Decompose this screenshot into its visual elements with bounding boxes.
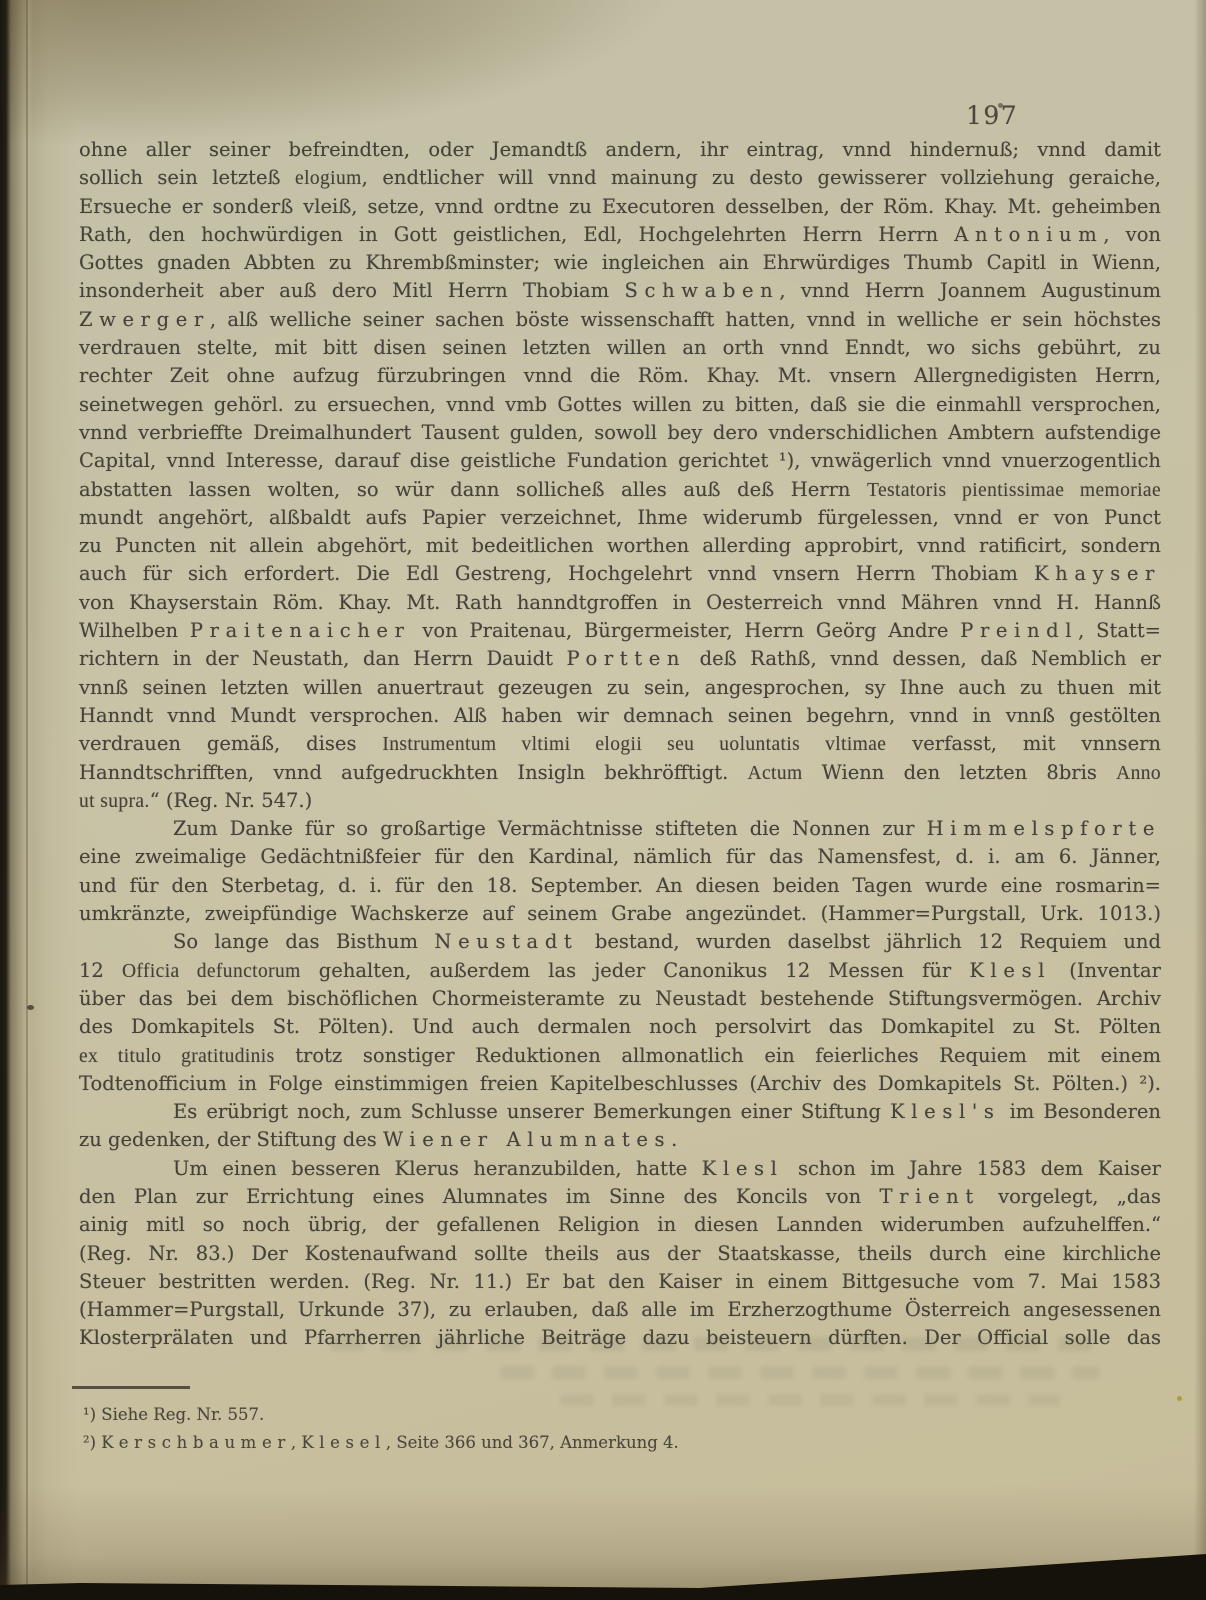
text-segment: Klesl's (890, 1100, 1000, 1123)
text-segment: Klosterprälaten und Pfarrherren jährlich… (79, 1326, 1161, 1349)
scan-right-edge-shadow (1194, 0, 1206, 1600)
text-segment: trotz sonstiger Reduktionen allmonatlich… (275, 1044, 1161, 1067)
text-segment: Testatoris pientissimae memoriae (867, 480, 1161, 501)
text-line: mundt angehört, alßbaldt aufs Papier ver… (79, 504, 1161, 532)
text-line: zu Puncten nit allein abgehört, mit bede… (79, 532, 1161, 560)
text-segment: Gottes gnaden Abbten zu Khrembßminster; … (79, 251, 1161, 274)
footnote: ¹) Siehe Reg. Nr. 557. (83, 1401, 983, 1429)
text-line: sollich sein letzteß elogium, endtlicher… (79, 164, 1161, 192)
text-line: 12 Officia defunctorum gehalten, außerde… (79, 957, 1161, 985)
text-segment: . (671, 1128, 677, 1151)
text-segment: insonderheit aber auß dero Mitl Herrn Th… (79, 279, 625, 302)
text-segment: Hanndtschrifften, vnnd aufgedruckhten In… (79, 761, 748, 784)
text-line: Hanndt vnnd Mundt versprochen. Alß haben… (79, 702, 1161, 730)
text-segment: Zwerger (79, 308, 210, 331)
text-segment: verfasst, mit vnnsern (886, 732, 1161, 755)
text-line: richtern in der Neustath, dan Herrn Daui… (79, 645, 1161, 673)
text-segment: Portten (566, 647, 686, 670)
text-segment: Praitenaicher (190, 619, 411, 642)
text-line: Zwerger, alß welliche seiner sachen böst… (79, 306, 1161, 334)
text-segment: “ (Reg. Nr. 547.) (150, 789, 313, 812)
text-segment: zu Puncten nit allein abgehört, mit bede… (79, 534, 1161, 557)
text-segment: Zum Danke für so großartige Vermächtniss… (173, 817, 927, 840)
text-segment: Ersueche er sonderß vleiß, setze, vnnd o… (79, 195, 1161, 218)
text-line: verdrauen stelte, mit bitt disen seinen … (79, 334, 1161, 362)
paragraph: Es erübrigt noch, zum Schlusse unserer B… (79, 1098, 1161, 1155)
text-line: (Hammer=Purgstall, Urkunde 37), zu erlau… (79, 1296, 1161, 1324)
text-line: den Plan zur Errichtung eines Alumnates … (79, 1183, 1161, 1211)
text-segment: richtern in der Neustath, dan Herrn Daui… (79, 647, 566, 670)
text-segment: des Domkapitels St. Pölten). Und auch de… (79, 1015, 1161, 1038)
text-line: über das bei dem bischöflichen Chormeist… (79, 985, 1161, 1013)
text-segment: Schwaben (625, 279, 780, 302)
text-segment: ainig mitl so noch übrig, der gefallenen… (79, 1213, 1161, 1236)
text-line: auch für sich erfordert. Die Edl Gestren… (79, 560, 1161, 588)
text-line: insonderheit aber auß dero Mitl Herrn Th… (79, 277, 1161, 305)
text-segment: Wilhelben (79, 619, 190, 642)
text-segment: und für den Sterbetag, d. i. für den 18.… (79, 874, 1161, 897)
text-segment: Anno (1116, 763, 1161, 784)
text-segment: vorgelegt, „das (980, 1185, 1161, 1208)
text-segment: elogium (295, 168, 362, 189)
text-line: Gottes gnaden Abbten zu Khrembßminster; … (79, 249, 1161, 277)
text-segment: von Praitenau, Bürgermeister, Herrn Geör… (411, 619, 961, 642)
text-segment: Steuer bestritten werden. (Reg. Nr. 11.)… (79, 1270, 1161, 1293)
text-segment: verdrauen gemäß, dises (79, 732, 382, 755)
text-segment: Actum (748, 763, 803, 784)
text-line: ohne aller seiner befreindten, oder Jema… (79, 136, 1161, 164)
text-line: abstatten lassen wolten, so wür dann sol… (79, 476, 1161, 504)
text-line: des Domkapitels St. Pölten). Und auch de… (79, 1013, 1161, 1041)
body-text-block: ohne aller seiner befreindten, oder Jema… (79, 136, 1161, 1353)
text-segment: ut supra. (79, 791, 150, 812)
text-segment: über das bei dem bischöflichen Chormeist… (79, 987, 1161, 1010)
text-line: umkränzte, zweipfündige Wachskerze auf s… (79, 900, 1161, 928)
paragraph: ohne aller seiner befreindten, oder Jema… (79, 136, 1161, 815)
text-line: Wilhelben Praitenaicher von Praitenau, B… (79, 617, 1161, 645)
footnotes-block: ¹) Siehe Reg. Nr. 557.²) Kerschbaumer, K… (83, 1401, 983, 1457)
text-segment: Officia defunctorum (122, 961, 301, 982)
scan-gutter-shadow (0, 0, 80, 1600)
text-line: Todtenofficium in Folge einstimmigen fre… (79, 1070, 1161, 1098)
text-segment: Antonium (954, 223, 1103, 246)
text-segment: So lange das Bisthum (173, 930, 434, 953)
text-segment: schon im Jahre 1583 dem Kaiser (784, 1157, 1161, 1180)
text-segment: Rath, den hochwürdigen in Gott geistlich… (79, 223, 954, 246)
text-segment: Hanndt vnnd Mundt versprochen. Alß haben… (79, 704, 1161, 727)
text-segment: sollich sein letzteß (79, 166, 295, 189)
text-segment: Preindl (960, 619, 1078, 642)
text-segment: umkränzte, zweipfündige Wachskerze auf s… (79, 902, 1161, 925)
text-segment: von Khayserstain Röm. Khay. Mt. Rath han… (79, 591, 1161, 614)
text-line: von Khayserstain Röm. Khay. Mt. Rath han… (79, 589, 1161, 617)
scan-binding-crease (26, 0, 28, 1586)
text-line: verdrauen gemäß, dises Instrumentum vlti… (79, 730, 1161, 758)
text-line: Hanndtschrifften, vnnd aufgedruckhten In… (79, 759, 1161, 787)
text-segment: Himmelspforte (927, 817, 1161, 840)
text-line: Capital, vnnd Interesse, darauf dise gei… (79, 447, 1161, 475)
text-segment: den Plan zur Errichtung eines Alumnates … (79, 1185, 880, 1208)
paragraph: Zum Danke für so großartige Vermächtniss… (79, 815, 1161, 928)
text-segment: Klesl (702, 1157, 784, 1180)
text-line: So lange das Bisthum Neustadt bestand, w… (79, 928, 1161, 956)
text-segment: vnnd verbrieffte Dreimalhundert Tausent … (79, 421, 1161, 444)
text-segment: Trient (880, 1185, 980, 1208)
text-segment: Khayser (1034, 562, 1161, 585)
text-segment: Klesel (301, 1433, 386, 1452)
text-segment: bestand, wurden daselbst jährlich 12 Req… (578, 930, 1161, 953)
text-segment: zu gedenken, der Stiftung des (79, 1128, 383, 1151)
text-segment: , alß welliche seiner sachen böste wisse… (210, 308, 1161, 331)
text-segment: (Hammer=Purgstall, Urkunde 37), zu erlau… (79, 1298, 1161, 1321)
paper-speck (1177, 1396, 1182, 1401)
text-line: Ersueche er sonderß vleiß, setze, vnnd o… (79, 193, 1161, 221)
text-line: und für den Sterbetag, d. i. für den 18.… (79, 872, 1161, 900)
footnote-separator-rule (72, 1386, 190, 1389)
text-segment: , endtlicher will vnnd mainung zu desto … (362, 166, 1161, 189)
page-number: 197 (966, 101, 1018, 130)
text-segment: seinetwegen gehörl. zu ersuechen, vnnd v… (79, 393, 1161, 416)
text-segment: ¹) Siehe Reg. Nr. 557. (83, 1405, 264, 1424)
text-segment: vnnß seinen letzten willen anuertraut ge… (79, 676, 1161, 699)
text-line: Steuer bestritten werden. (Reg. Nr. 11.)… (79, 1268, 1161, 1296)
text-line: Um einen besseren Klerus heranzubilden, … (79, 1155, 1161, 1183)
text-segment: , (291, 1433, 302, 1452)
paragraph: So lange das Bisthum Neustadt bestand, w… (79, 928, 1161, 1098)
text-line: Es erübrigt noch, zum Schlusse unserer B… (79, 1098, 1161, 1126)
text-segment: Kerschbaumer (101, 1433, 291, 1452)
text-line: vnnd verbrieffte Dreimalhundert Tausent … (79, 419, 1161, 447)
text-segment: ex titulo gratitudinis (79, 1046, 275, 1067)
text-segment: auch für sich erfordert. Die Edl Gestren… (79, 562, 1034, 585)
text-segment: Todtenofficium in Folge einstimmigen fre… (79, 1072, 1161, 1095)
paper-speck (998, 103, 1003, 108)
ink-showthrough (500, 1366, 1100, 1379)
text-segment: abstatten lassen wolten, so wür dann sol… (79, 478, 867, 501)
text-segment: Es erübrigt noch, zum Schlusse unserer B… (173, 1100, 890, 1123)
text-line: vnnß seinen letzten willen anuertraut ge… (79, 674, 1161, 702)
text-segment: , vnnd Herrn Joannem Augustinum (779, 279, 1161, 302)
paragraph: Um einen besseren Klerus heranzubilden, … (79, 1155, 1161, 1353)
text-segment: Neustadt (434, 930, 578, 953)
text-segment: eine zweimalige Gedächtnißfeier für den … (79, 845, 1161, 868)
text-segment: Um einen besseren Klerus heranzubilden, … (173, 1157, 702, 1180)
text-segment: Wienn den letzten 8bris (803, 761, 1117, 784)
text-segment: , Seite 366 und 367, Anmerkung 4. (386, 1433, 679, 1452)
text-segment: Wiener Alumnates (383, 1128, 671, 1151)
text-line: ex titulo gratitudinis trotz sonstiger R… (79, 1042, 1161, 1070)
text-line: zu gedenken, der Stiftung des Wiener Alu… (79, 1126, 1161, 1154)
text-segment: Instrumentum vltimi elogii seu uoluntati… (382, 734, 886, 755)
text-segment: , Statt= (1078, 619, 1161, 642)
text-segment: deß Rathß, vnnd dessen, daß Nemblich er (686, 647, 1161, 670)
text-segment: Capital, vnnd Interesse, darauf dise gei… (79, 449, 1161, 472)
text-segment: verdrauen stelte, mit bitt disen seinen … (79, 336, 1161, 359)
text-segment: ²) (83, 1433, 101, 1452)
text-line: (Reg. Nr. 83.) Der Kostenaufwand sollte … (79, 1240, 1161, 1268)
text-segment: 12 (79, 959, 122, 982)
text-segment: Klesl (969, 959, 1051, 982)
scanned-book-page: 197 ohne aller seiner befreindten, oder … (0, 0, 1206, 1600)
paper-speck (27, 1005, 34, 1010)
text-segment: rechter Zeit ohne aufzug fürzubringen vn… (79, 364, 1161, 387)
text-line: Zum Danke für so großartige Vermächtniss… (79, 815, 1161, 843)
text-segment: gehalten, außerdem las jeder Canonikus 1… (301, 959, 970, 982)
text-segment: , von (1103, 223, 1161, 246)
text-line: ut supra.“ (Reg. Nr. 547.) (79, 787, 1161, 815)
text-segment: im Besonderen (1000, 1100, 1161, 1123)
text-line: rechter Zeit ohne aufzug fürzubringen vn… (79, 362, 1161, 390)
text-line: Klosterprälaten und Pfarrherren jährlich… (79, 1324, 1161, 1352)
text-segment: (Reg. Nr. 83.) Der Kostenaufwand sollte … (79, 1242, 1161, 1265)
text-segment: mundt angehört, alßbaldt aufs Papier ver… (79, 506, 1161, 529)
text-line: seinetwegen gehörl. zu ersuechen, vnnd v… (79, 391, 1161, 419)
text-segment: ohne aller seiner befreindten, oder Jema… (79, 138, 1161, 161)
text-line: ainig mitl so noch übrig, der gefallenen… (79, 1211, 1161, 1239)
text-line: eine zweimalige Gedächtnißfeier für den … (79, 843, 1161, 871)
footnote: ²) Kerschbaumer, Klesel, Seite 366 und 3… (83, 1429, 983, 1457)
text-segment: (Inventar (1051, 959, 1161, 982)
text-line: Rath, den hochwürdigen in Gott geistlich… (79, 221, 1161, 249)
